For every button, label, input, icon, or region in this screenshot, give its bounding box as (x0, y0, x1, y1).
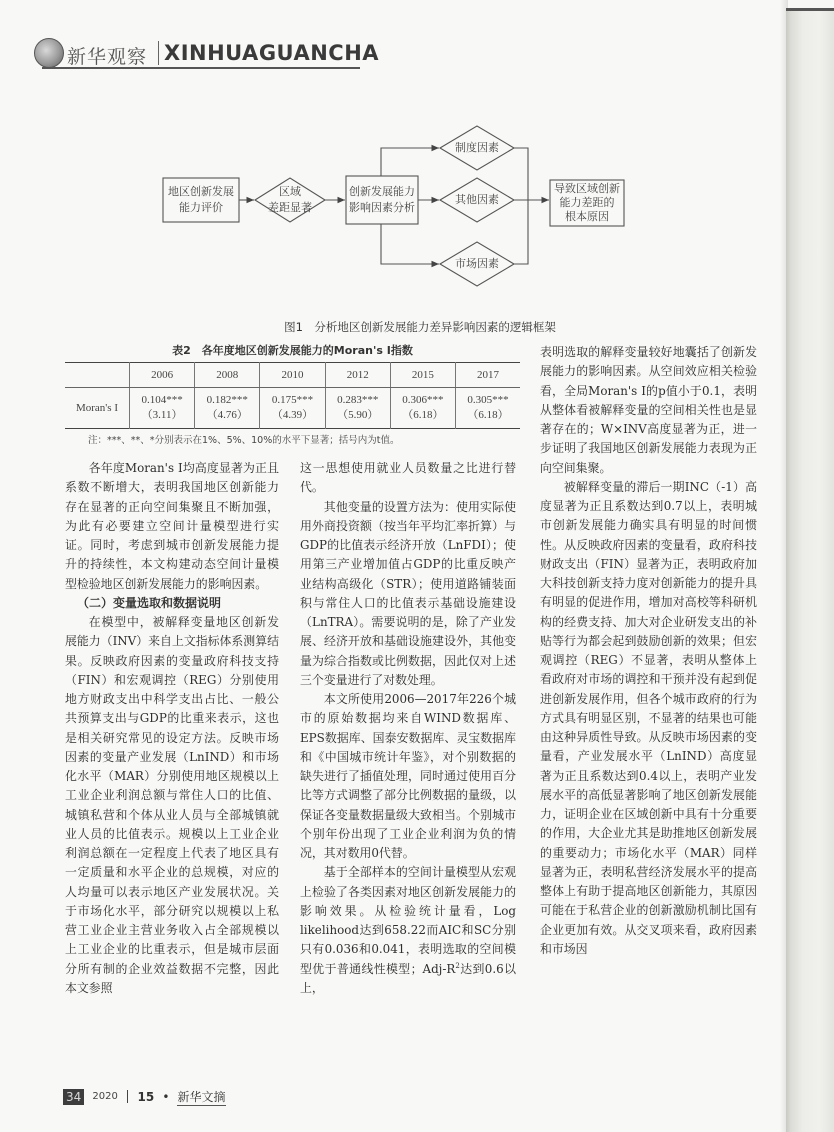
magazine-page: 新华观察 XINHUAGUANCHA (0, 0, 790, 1132)
t-value: （6.18） (467, 409, 508, 421)
row-label: Moran's I (65, 388, 130, 429)
paragraph: 在模型中，被解释变量地区创新发展能力（INV）来自上文指标体系测算结果。反映政府… (65, 613, 279, 998)
paragraph: 这一思想使用就业人员数量之比进行替代。 (300, 459, 516, 498)
footer-divider (127, 1090, 129, 1103)
header-divider (158, 41, 159, 65)
t-value: （3.11） (142, 409, 183, 421)
node-root-cause: 导致区域创新能力差距的根本原因 (550, 180, 624, 226)
node-regional-gap: 区域差距显著 (255, 178, 325, 222)
page-number: 34 (63, 1089, 84, 1105)
table-header-cell: 2012 (325, 363, 390, 388)
section-title-en: XINHUAGUANCHA (164, 41, 379, 65)
table-row: Moran's I 0.104***（3.11） 0.182***（4.76） … (65, 388, 520, 429)
moran-value: 0.306*** (402, 394, 443, 406)
book-spine-edge (786, 8, 834, 1132)
paragraph: 基于全部样本的空间计量模型从宏观上检验了各类因素对地区创新发展能力的影响效果。从… (300, 863, 516, 998)
node-innovation-evaluation: 地区创新发展能力评价 (163, 178, 239, 222)
table-header-cell: 2017 (456, 363, 520, 388)
text-column-3: 表明选取的解释变量较好地囊括了创新发展能力的影响因素。从空间效应相关检验看，全局… (540, 343, 757, 959)
moran-value: 0.305*** (467, 394, 508, 406)
table-cell: 0.182***（4.76） (195, 388, 260, 429)
paragraph-text: 基于全部样本的空间计量模型从宏观上检验了各类因素对地区创新发展能力的影响效果。从… (300, 865, 516, 975)
paragraph: 其他变量的设置方法为：使用实际使用外商投资额（按当年平均汇率折算）与GDP的比值… (300, 498, 516, 691)
moran-value: 0.104*** (141, 394, 182, 406)
table-header-row: 2006 2008 2010 2012 2015 2017 (65, 363, 520, 388)
logic-framework-diagram: 地区创新发展能力评价 区域差距显著 创新发展能力影响因素分析 制度因素 其他因素… (140, 120, 700, 320)
t-value: （6.18） (402, 409, 443, 421)
moran-value: 0.283*** (337, 394, 378, 406)
section-heading: （二）变量选取和数据说明 (65, 594, 279, 613)
header-underline (42, 67, 360, 69)
table-cell: 0.283***（5.90） (325, 388, 390, 429)
moran-value: 0.182*** (207, 394, 248, 406)
table-cell: 0.306***（6.18） (390, 388, 455, 429)
node-text: 创新发展能力 (349, 185, 415, 198)
figure-caption: 图1 分析地区创新发展能力差异影响因素的逻辑框架 (140, 319, 700, 335)
table-header-cell (65, 363, 130, 388)
node-text: 地区创新发展 (168, 185, 234, 198)
node-text: 能力评价 (179, 201, 223, 214)
node-text: 根本原因 (565, 210, 609, 223)
node-text: 差距显著 (268, 201, 312, 214)
table-header-cell: 2010 (260, 363, 325, 388)
footer-dot: • (162, 1089, 169, 1105)
paragraph: 表明选取的解释变量较好地囊括了创新发展能力的影响因素。从空间效应相关检验看，全局… (540, 343, 757, 478)
table-header-cell: 2006 (130, 363, 195, 388)
issue-year: 2020 (92, 1089, 117, 1105)
t-value: （4.76） (207, 409, 248, 421)
table-cell: 0.104***（3.11） (130, 388, 195, 429)
issue-number: 15 (138, 1089, 155, 1105)
table-header-cell: 2015 (390, 363, 455, 388)
node-text: 区域 (279, 185, 301, 198)
globe-icon (34, 38, 64, 68)
table-title: 表2 各年度地区创新发展能力的Moran's I指数 (65, 342, 520, 358)
paragraph: 各年度Moran's I均高度显著为正且系数不断增大，表明我国地区创新能力存在显… (65, 459, 279, 594)
node-factor-analysis: 创新发展能力影响因素分析 (346, 176, 418, 224)
moran-value: 0.175*** (272, 394, 313, 406)
node-other-factors: 其他因素 (440, 178, 514, 222)
table-note: 注：***、**、*分别表示在1%、5%、10%的水平下显著；括号内为t值。 (88, 432, 399, 446)
section-title-cn: 新华观察 (67, 42, 147, 69)
text-column-2: 这一思想使用就业人员数量之比进行替代。 其他变量的设置方法为：使用实际使用外商投… (300, 459, 516, 998)
table-cell: 0.305***（6.18） (456, 388, 520, 429)
t-value: （5.90） (337, 409, 378, 421)
node-institutional-factors: 制度因素 (440, 126, 514, 170)
paragraph: 本文所使用2006—2017年226个城市的原始数据均来自WIND数据库、EPS… (300, 690, 516, 863)
node-market-factors: 市场因素 (440, 242, 514, 286)
section-header: 新华观察 XINHUAGUANCHA (34, 38, 359, 72)
table-header-cell: 2008 (195, 363, 260, 388)
node-text: 导致区域创新 (554, 182, 620, 195)
page-footer: 34 2020 15 • 新华文摘 (63, 1089, 226, 1105)
t-value: （4.39） (272, 409, 313, 421)
node-text: 能力差距的 (560, 196, 615, 209)
moran-table: 2006 2008 2010 2012 2015 2017 Moran's I … (65, 362, 520, 429)
text-column-1: 各年度Moran's I均高度显著为正且系数不断增大，表明我国地区创新能力存在显… (65, 459, 279, 998)
node-text: 影响因素分析 (349, 201, 415, 214)
magazine-name: 新华文摘 (177, 1089, 225, 1106)
paragraph: 被解释变量的滞后一期INC（-1）高度显著为正且系数达到0.7以上，表明城市创新… (540, 478, 757, 959)
table-cell: 0.175***（4.39） (260, 388, 325, 429)
